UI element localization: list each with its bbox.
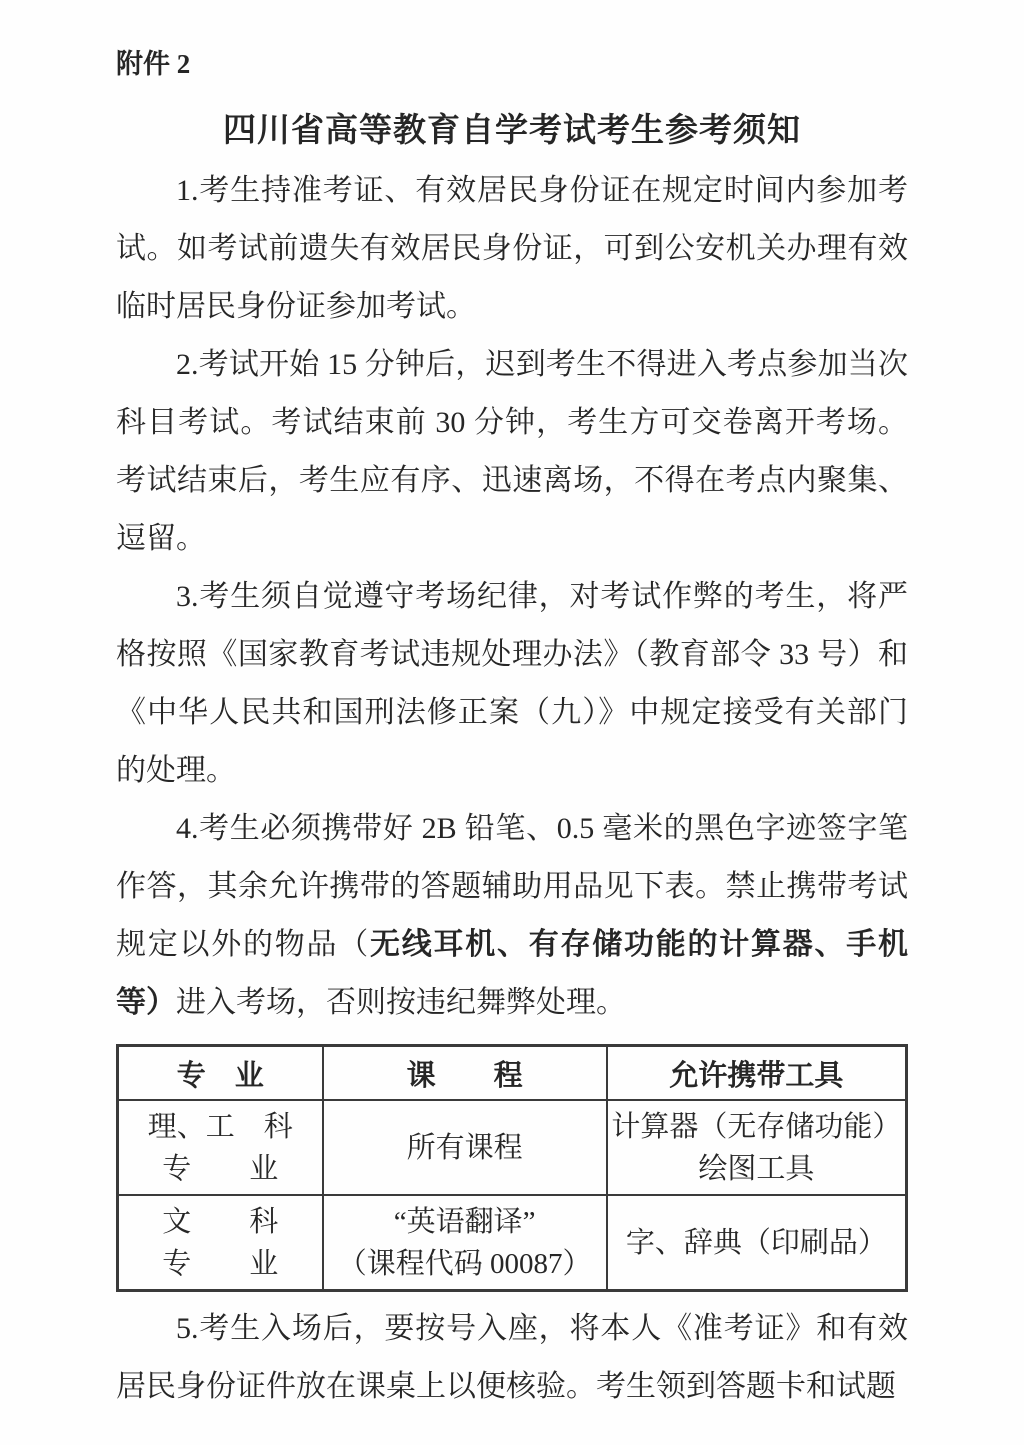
paragraph-2: 2.考试开始 15 分钟后，迟到考生不得进入考点参加当次科目考试。考试结束前 3… — [116, 336, 908, 568]
cell-course-english-translation-line-1: “英语翻译” — [324, 1201, 606, 1243]
cell-tools-calculator: 计算器（无存储功能） 绘图工具 — [607, 1100, 907, 1195]
cell-tools-calculator-line-2: 绘图工具 — [608, 1148, 905, 1190]
cell-major-liberal-arts-line-2: 专 业 — [119, 1243, 322, 1285]
cell-major-science-line-1: 理、工 科 — [119, 1106, 322, 1148]
cell-course-english-translation: “英语翻译” （课程代码 00087） — [323, 1195, 607, 1291]
allowed-tools-table: 专 业 课 程 允许携带工具 理、工 科 专 业 所有课程 计算器（无存储功能）… — [116, 1044, 908, 1292]
cell-course-english-translation-line-2: （课程代码 00087） — [324, 1243, 606, 1285]
page-title: 四川省高等教育自学考试考生参考须知 — [116, 108, 908, 154]
cell-major-science: 理、工 科 专 业 — [118, 1100, 323, 1195]
table-header-row: 专 业 课 程 允许携带工具 — [118, 1046, 907, 1101]
table-header-course: 课 程 — [323, 1046, 607, 1101]
paragraph-5: 5.考生入场后，要按号入座，将本人《准考证》和有效居民身份证件放在课桌上以便核验… — [116, 1300, 908, 1416]
cell-course-all-line-1: 所有课程 — [324, 1127, 606, 1169]
cell-major-science-line-2: 专 业 — [119, 1148, 322, 1190]
table-header-major: 专 业 — [118, 1046, 323, 1101]
paragraph-3: 3.考生须自觉遵守考场纪律，对考试作弊的考生，将严格按照《国家教育考试违规处理办… — [116, 568, 908, 800]
cell-major-liberal-arts: 文 科 专 业 — [118, 1195, 323, 1291]
cell-course-all: 所有课程 — [323, 1100, 607, 1195]
cell-tools-dictionary: 字、辞典（印刷品） — [607, 1195, 907, 1291]
cell-major-liberal-arts-line-1: 文 科 — [119, 1201, 322, 1243]
table-header-allowed-tools: 允许携带工具 — [607, 1046, 907, 1101]
table-row-liberal-arts: 文 科 专 业 “英语翻译” （课程代码 00087） 字、辞典（印刷品） — [118, 1195, 907, 1291]
paragraph-4: 4.考生必须携带好 2B 铅笔、0.5 毫米的黑色字迹签字笔作答，其余允许携带的… — [116, 800, 908, 1032]
attachment-label: 附件 2 — [116, 46, 908, 82]
paragraph-4-regular-end: 进入考场，否则按违纪舞弊处理。 — [176, 986, 626, 1019]
cell-tools-calculator-line-1: 计算器（无存储功能） — [608, 1106, 905, 1148]
document-page: 附件 2 四川省高等教育自学考试考生参考须知 1.考生持准考证、有效居民身份证在… — [0, 0, 1024, 1445]
paragraph-1: 1.考生持准考证、有效居民身份证在规定时间内参加考试。如考试前遗失有效居民身份证… — [116, 162, 908, 336]
cell-tools-dictionary-line-1: 字、辞典（印刷品） — [608, 1222, 905, 1264]
table-row-science-engineering: 理、工 科 专 业 所有课程 计算器（无存储功能） 绘图工具 — [118, 1100, 907, 1195]
